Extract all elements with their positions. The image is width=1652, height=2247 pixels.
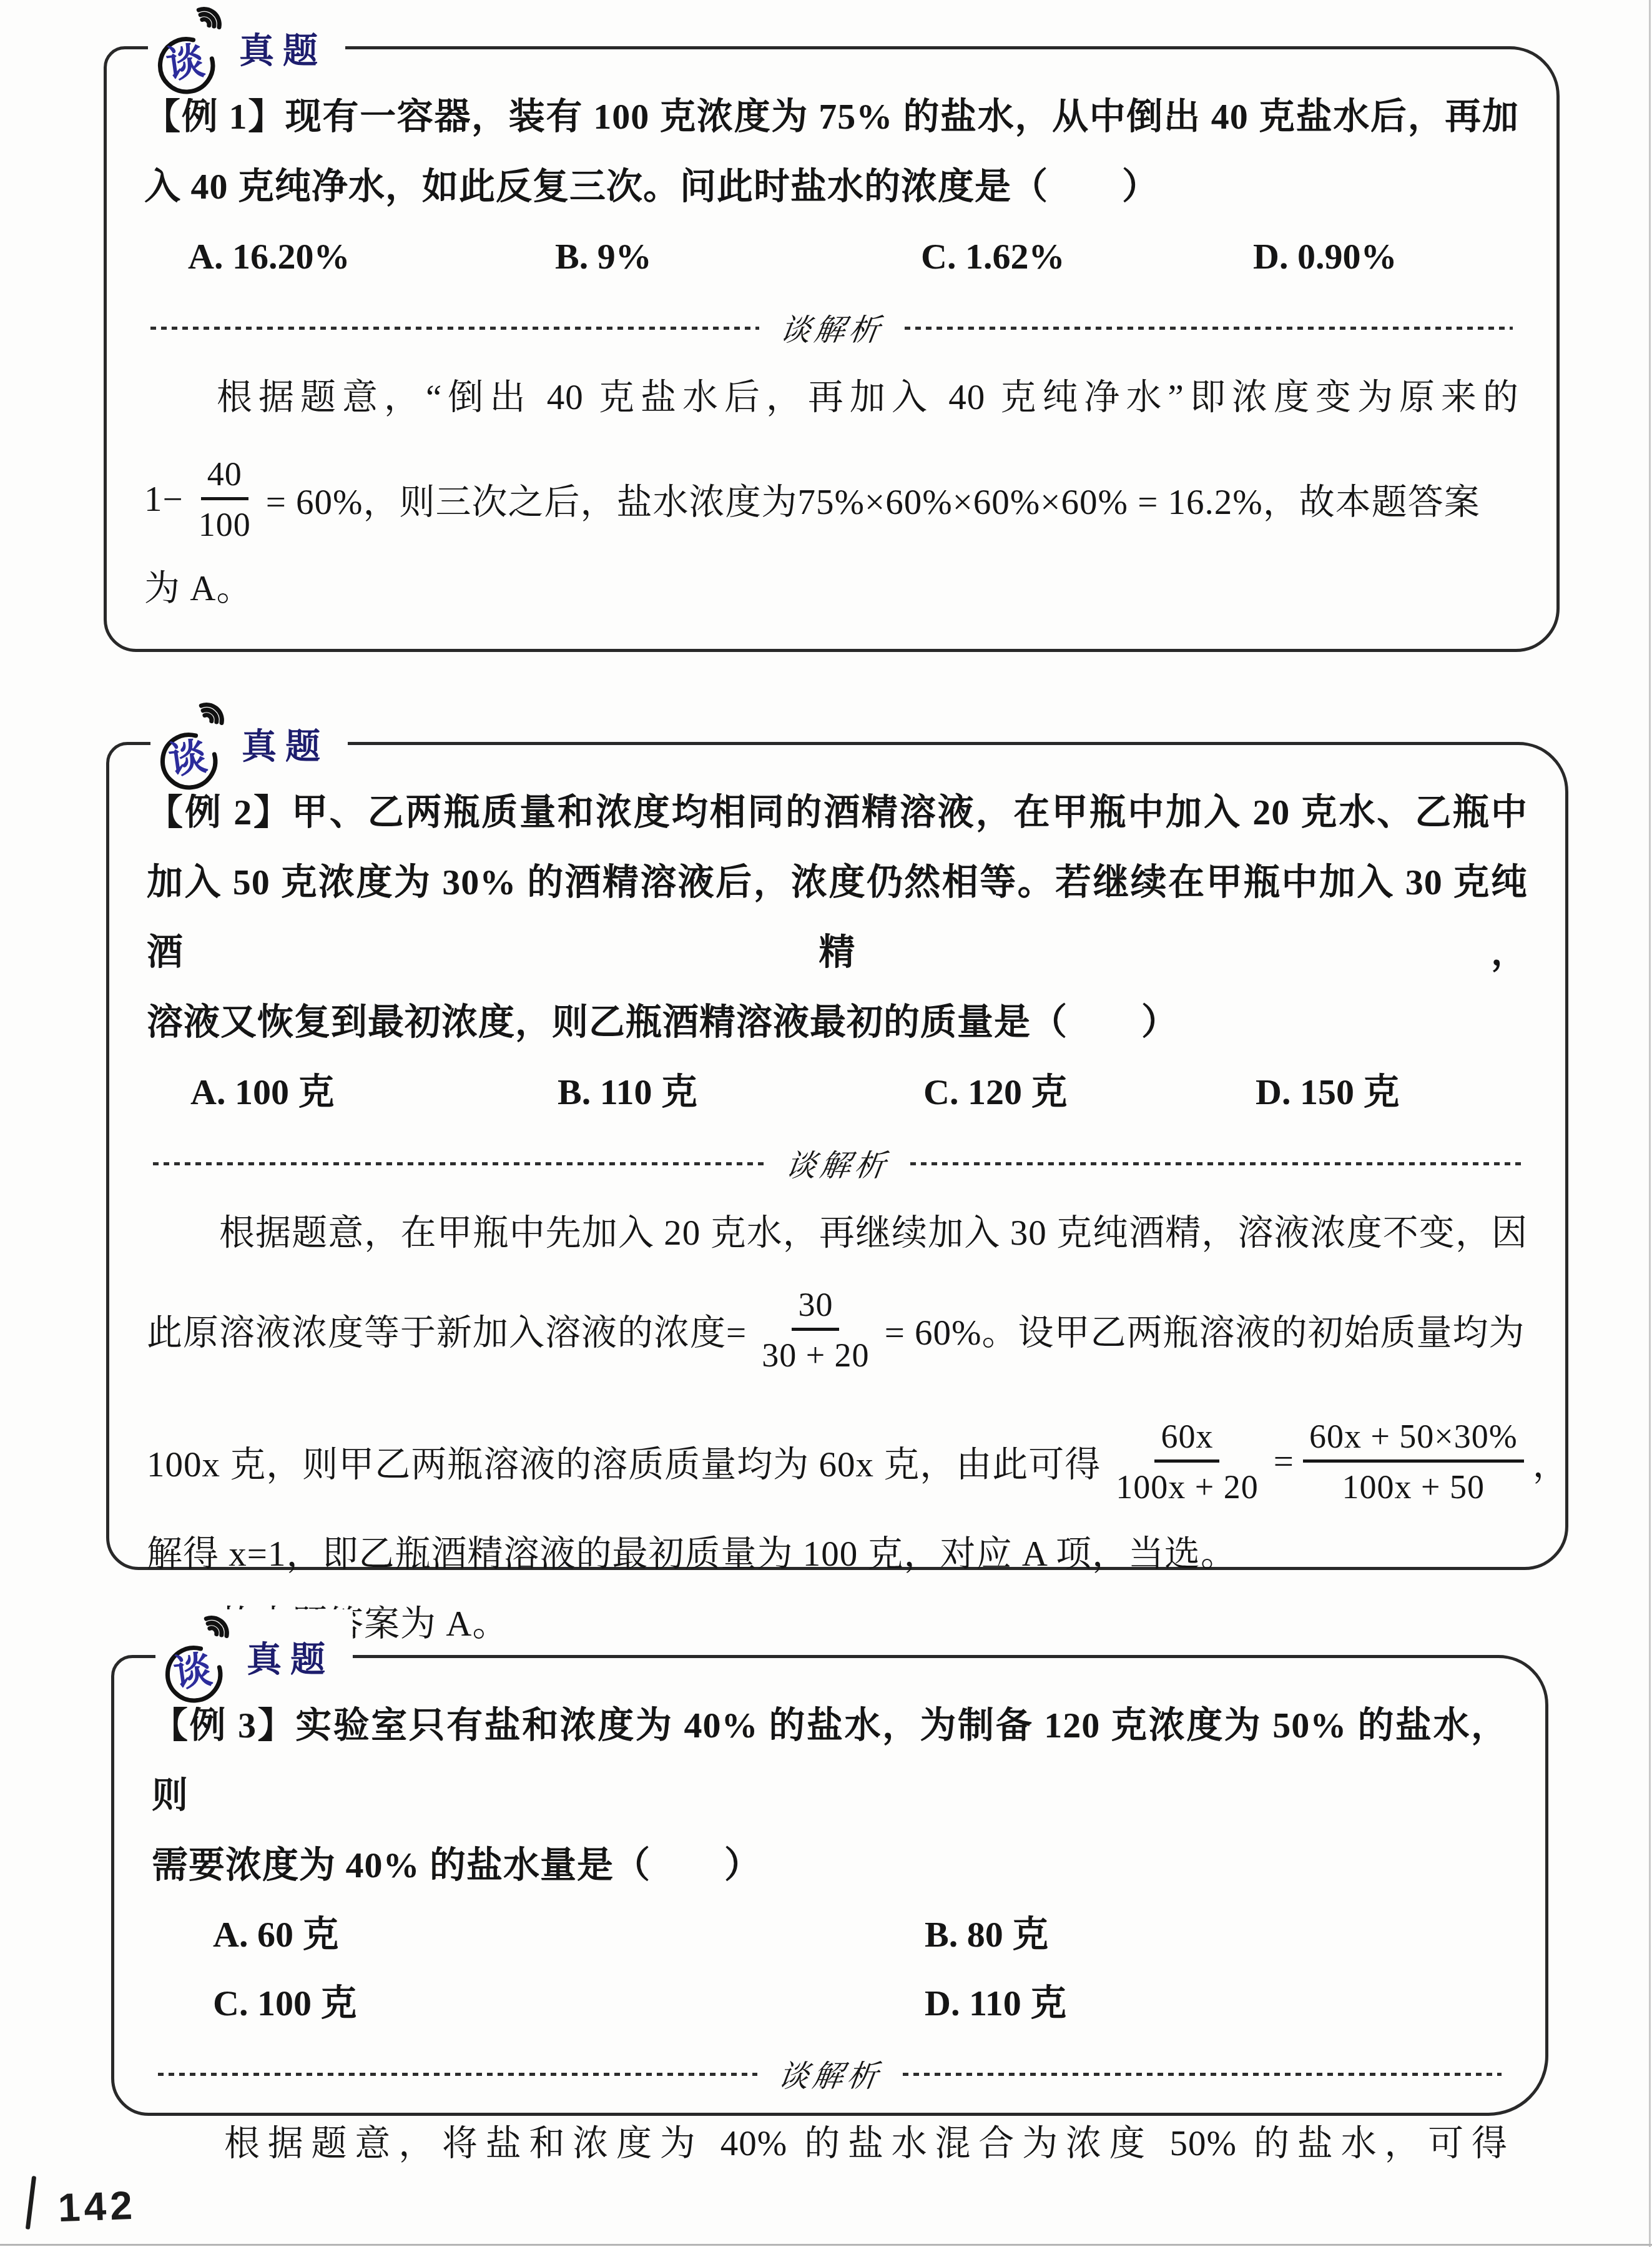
example-box-1: 谈 真题 【例 1】现有一容器，装有 100 克浓度为 75% 的盐水，从中倒出… [104,46,1560,652]
fraction-denominator: 100 [192,500,257,545]
fraction: 60x + 50×30% 100x + 50 [1303,1416,1524,1508]
problem2-line2: 加入 50 克浓度为 30% 的酒精溶液后，浓度仍然相等。若继续在甲瓶中加入 3… [147,847,1528,987]
formula-tail: = 60%，则三次之后，盐水浓度为75%×60%×60%×60% = 16.2%… [266,473,1480,525]
example-box-2: 谈 真题 【例 2】甲、乙两瓶质量和浓度均相同的酒精溶液，在甲瓶中加入 20 克… [106,742,1568,1570]
analysis2-conclusion: 故本题答案为 A。 [147,1589,1528,1659]
fraction: 40 100 [192,453,257,545]
problem1-line2: 入 40 克纯净水，如此反复三次。问此时盐水的浓度是（ ） [144,152,1519,222]
problem2-options: A. 100 克 B. 110 克 C. 120 克 D. 150 克 [147,1057,1528,1127]
analysis2-paragraph1: 根据题意，在甲瓶中先加入 20 克水，再继续加入 30 克纯酒精，溶液浓度不变，… [147,1198,1528,1268]
analysis2-formula-line1: 此原溶液浓度等于新加入溶液的浓度= 30 30 + 20 = 60%。设甲乙两瓶… [147,1268,1528,1391]
badge-label: 真题 [242,719,329,769]
fraction-numerator: 60x [1154,1416,1219,1463]
example-box-3: 谈 真题 【例 3】实验室只有盐和浓度为 40% 的盐水，为制备 120 克浓度… [111,1655,1548,2116]
zhenti-badge: 谈 真题 [150,696,348,794]
analysis2-paragraph2: 解得 x=1，即乙瓶酒精溶液的最初质量为 100 克，对应 A 项，当选。 [147,1519,1528,1589]
analysis1-formula-line: 1− 40 100 = 60%，则三次之后，盐水浓度为75%×60%×60%×6… [144,433,1519,565]
divider-label: 谈解析 [783,1142,892,1185]
fraction: 30 30 + 20 [755,1284,875,1376]
scanned-textbook-page: 谈 真题 【例 1】现有一容器，装有 100 克浓度为 75% 的盐水，从中倒出… [0,0,1652,2247]
fraction-denominator: 100x + 50 [1336,1463,1491,1508]
problem3-line1: 【例 3】实验室只有盐和浓度为 40% 的盐水，为制备 120 克浓度为 50%… [152,1691,1508,1830]
svg-text:谈: 谈 [164,40,207,87]
option-b: B. 110 克 [558,1057,923,1127]
option-c: C. 100 克 [213,1969,925,2038]
analysis-divider: 谈解析 [150,293,1513,363]
dashed-line [903,2073,1502,2076]
option-b: B. 80 克 [925,1900,1508,1969]
analysis2-formula-line2: 100x 克，则甲乙两瓶溶液的溶质质量均为 60x 克，由此可得 60x 100… [147,1391,1528,1532]
footer-tick-mark [26,2176,36,2230]
equals-sign: = [1274,1441,1294,1482]
fraction-numerator: 40 [201,453,248,500]
talk-signal-icon: 谈 [158,698,232,792]
dashed-line [910,1162,1522,1165]
problem1-line1: 【例 1】现有一容器，装有 100 克浓度为 75% 的盐水，从中倒出 40 克… [144,82,1519,152]
option-a: A. 100 克 [190,1057,558,1127]
option-d: D. 110 克 [925,1969,1508,2038]
problem2-line3: 溶液又恢复到最初浓度，则乙瓶酒精溶液最初的质量是（ ） [147,987,1528,1057]
fraction-numerator: 60x + 50×30% [1303,1416,1524,1463]
dashed-line [153,1162,765,1165]
formula-lead: 1− [144,479,184,520]
dashed-line [158,2073,757,2076]
talk-signal-icon: 谈 [155,2,229,96]
formula-tail: = 60%。设甲乙两瓶溶液的初始质量均为 [885,1304,1525,1355]
svg-text:谈: 谈 [166,736,210,783]
badge-label: 真题 [247,1632,334,1682]
dashed-line [905,327,1513,330]
divider-label: 谈解析 [777,306,887,350]
analysis1-paragraph: 根据题意，“倒出 40 克盐水后，再加入 40 克纯净水”即浓度变为原来的 [144,363,1519,433]
page-footer: 142 [29,2176,136,2230]
formula-lead: 此原溶液浓度等于新加入溶液的浓度= [147,1304,747,1355]
zhenti-badge: 谈 真题 [148,1,345,98]
formula-lead: 100x 克，则甲乙两瓶溶液的溶质质量均为 60x 克，由此可得 [147,1436,1101,1487]
option-a: A. 16.20% [188,222,555,292]
option-d: D. 0.90% [1253,222,1519,292]
scan-edge-bottom [0,2244,1652,2246]
svg-text:谈: 谈 [171,1649,215,1696]
page-number: 142 [57,2182,137,2231]
scan-edge-right [1649,0,1651,2247]
fraction-numerator: 30 [792,1284,839,1331]
option-c: C. 120 克 [923,1057,1256,1127]
dashed-line [150,327,759,330]
fraction: 60x 100x + 20 [1109,1416,1264,1508]
formula-tail: ， [1533,1436,1569,1487]
problem3-line2: 需要浓度为 40% 的盐水量是（ ） [152,1830,1508,1900]
analysis-divider: 谈解析 [158,2039,1502,2109]
option-b: B. 9% [555,222,921,292]
option-a: A. 60 克 [213,1900,925,1969]
problem2-line1: 【例 2】甲、乙两瓶质量和浓度均相同的酒精溶液，在甲瓶中加入 20 克水、乙瓶中 [147,778,1528,847]
divider-label: 谈解析 [775,2052,885,2096]
fraction-denominator: 100x + 20 [1109,1463,1264,1508]
analysis3-paragraph: 根据题意，将盐和浓度为 40% 的盐水混合为浓度 50% 的盐水，可得 [152,2109,1508,2179]
fraction-denominator: 30 + 20 [755,1331,875,1376]
problem1-options: A. 16.20% B. 9% C. 1.62% D. 0.90% [144,222,1519,292]
option-c: C. 1.62% [921,222,1253,292]
talk-signal-icon: 谈 [163,1611,237,1705]
badge-label: 真题 [239,23,327,73]
problem3-options: A. 60 克 B. 80 克 C. 100 克 D. 110 克 [152,1900,1508,2038]
option-d: D. 150 克 [1256,1057,1528,1127]
analysis1-conclusion: 为 A。 [144,554,1519,624]
analysis-divider: 谈解析 [153,1128,1522,1198]
zhenti-badge: 谈 真题 [155,1609,353,1707]
